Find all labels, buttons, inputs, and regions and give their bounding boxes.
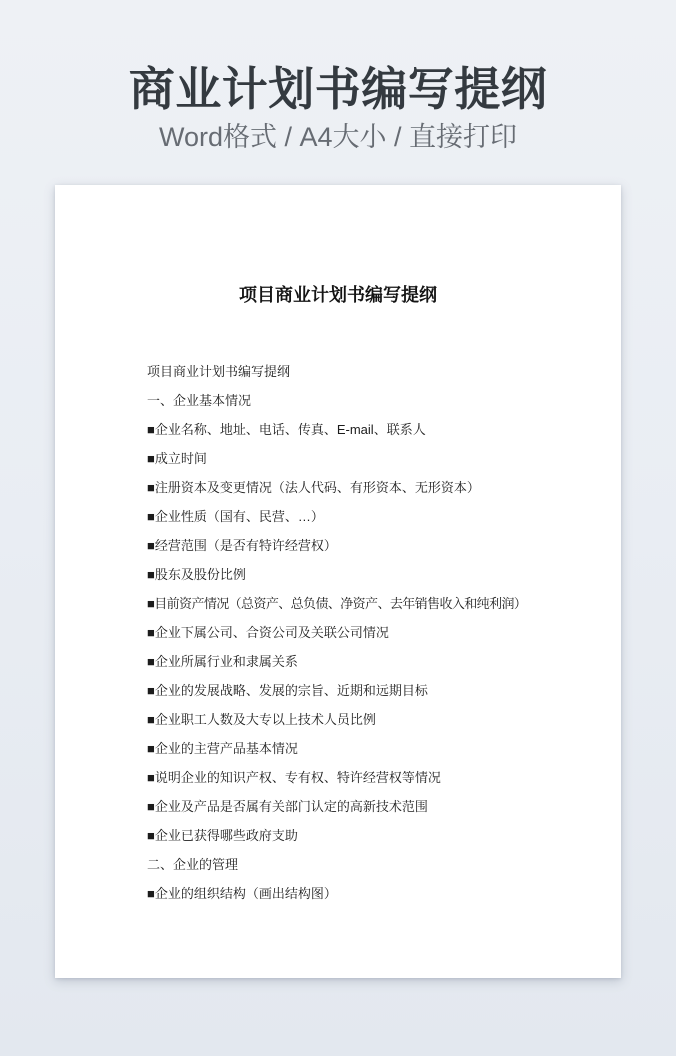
document-section-heading: 二、企业的管理 xyxy=(147,850,567,879)
document-page-preview: 项目商业计划书编写提纲 项目商业计划书编写提纲 一、企业基本情况 ■企业名称、地… xyxy=(55,185,621,978)
document-line: ■企业已获得哪些政府支助 xyxy=(147,821,567,850)
document-line: ■企业的组织结构（画出结构图） xyxy=(147,879,567,908)
document-line: ■企业职工人数及大专以上技术人员比例 xyxy=(147,705,567,734)
document-line: ■企业性质（国有、民营、…） xyxy=(147,502,567,531)
document-line: ■企业及产品是否属有关部门认定的高新技术范围 xyxy=(147,792,567,821)
document-line: ■注册资本及变更情况（法人代码、有形资本、无形资本） xyxy=(147,473,567,502)
document-line: ■股东及股份比例 xyxy=(147,560,567,589)
banner-title: 商业计划书编写提纲 xyxy=(0,64,676,114)
document-line: ■企业的主营产品基本情况 xyxy=(147,734,567,763)
banner-subtitle: Word格式 / A4大小 / 直接打印 xyxy=(0,121,676,153)
document-line: ■企业下属公司、合资公司及关联公司情况 xyxy=(147,618,567,647)
document-body: 项目商业计划书编写提纲 一、企业基本情况 ■企业名称、地址、电话、传真、E-ma… xyxy=(147,357,567,908)
document-line: ■目前资产情况（总资产、总负债、净资产、去年销售收入和纯利润） xyxy=(147,589,567,618)
document-line: ■企业的发展战略、发展的宗旨、近期和远期目标 xyxy=(147,676,567,705)
document-section-heading: 一、企业基本情况 xyxy=(147,386,567,415)
document-line: ■成立时间 xyxy=(147,444,567,473)
document-title: 项目商业计划书编写提纲 xyxy=(55,285,621,306)
document-line: ■说明企业的知识产权、专有权、特许经营权等情况 xyxy=(147,763,567,792)
document-line: ■企业名称、地址、电话、传真、E-mail、联系人 xyxy=(147,415,567,444)
document-line: ■经营范围（是否有特许经营权） xyxy=(147,531,567,560)
document-line: 项目商业计划书编写提纲 xyxy=(147,357,567,386)
document-line: ■企业所属行业和隶属关系 xyxy=(147,647,567,676)
